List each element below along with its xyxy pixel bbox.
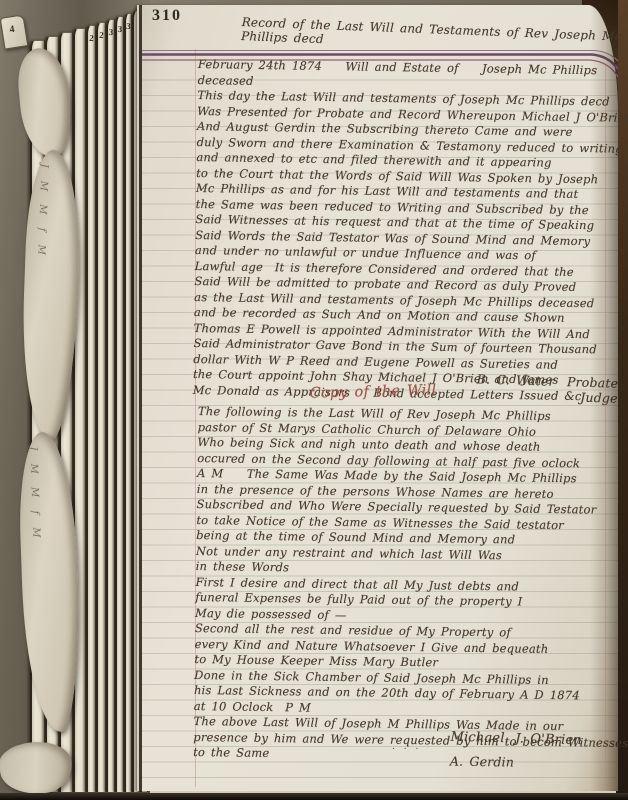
torn-page-corner: 4: [0, 14, 28, 49]
edge-page-number: 3: [126, 21, 132, 31]
edge-page-number: 2: [98, 30, 106, 40]
page-edge-strip: [132, 10, 140, 792]
page-edge-strip: 2: [86, 25, 96, 792]
edge-page-number: 4: [9, 24, 16, 36]
page-edge-strip: 3: [124, 13, 132, 792]
signature-dots: . . .: [392, 742, 421, 752]
ledger-page: 310 Record of the Last Will and Testamen…: [142, 5, 618, 791]
scanned-probate-ledger-photo: 2 2 3 3 3 J M M f M J M M f M 4 310 Reco…: [0, 0, 628, 800]
gutter-shading: [590, 5, 618, 791]
edge-page-number: 2: [88, 33, 96, 43]
witness-signature-gerdin: A. Gerdin: [434, 753, 530, 770]
will-text: The following is the Last Will of Rev Jo…: [193, 404, 628, 767]
page-number: 310: [152, 7, 182, 25]
illegible-script-fragment: J M M f M: [29, 163, 49, 427]
page-edge-strip: 2: [96, 22, 106, 792]
table-shadow-band: [0, 793, 628, 800]
page-edge-strip: 3: [115, 16, 124, 792]
edge-page-number: 3: [108, 27, 115, 37]
page-edge-strip: 3: [106, 19, 115, 792]
probate-record-text: February 24th 1874 Will and Estate of Jo…: [193, 57, 628, 405]
edge-page-number: 3: [117, 24, 124, 34]
